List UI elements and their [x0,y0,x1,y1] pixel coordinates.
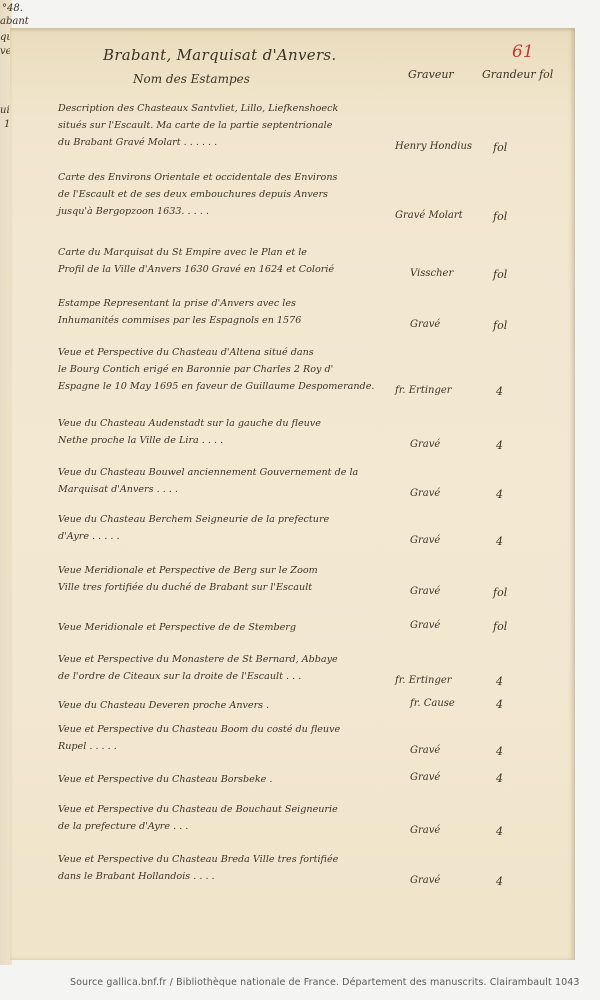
entry-graveur: Gravé [410,535,440,546]
entry-grandeur: fol [493,620,507,633]
entry-description-line: Veue et Perspective du Chasteau Borsbeke… [58,772,272,788]
entry-graveur: Henry Hondius [395,141,472,152]
entry-description-line: Description des Chasteaux Santvliet, Lil… [58,101,338,117]
entry-grandeur: 4 [496,535,503,548]
entry-grandeur: 4 [496,439,503,452]
page-title: Brabant, Marquisat d'Anvers. [103,46,336,64]
entry-graveur: fr. Ertinger [395,385,452,396]
entry-grandeur: 4 [496,488,503,501]
source-caption: Source gallica.bnf.fr / Bibliothèque nat… [70,977,580,988]
entry-graveur: Gravé [410,620,440,631]
entry-graveur: Gravé [410,875,440,886]
entry-grandeur: fol [493,141,507,154]
entry-graveur: Gravé [410,745,440,756]
entry-description-line: Espagne le 10 May 1695 en faveur de Guil… [58,379,374,395]
margin-note: abant [0,15,29,28]
entry-description-line: jusqu'à Bergopzoon 1633. . . . . [58,204,209,220]
entry-description-line: Veue Meridionale et Perspective de de St… [58,620,296,636]
entry-description-line: le Bourg Contich erigé en Baronnie par C… [58,362,333,378]
entry-grandeur: 4 [496,745,503,758]
entry-description-line: Veue et Perspective du Chasteau Breda Vi… [58,852,338,868]
entry-grandeur: 4 [496,385,503,398]
entry-grandeur: 4 [496,825,503,838]
entry-grandeur: 4 [496,772,503,785]
entry-description-line: Veue Meridionale et Perspective de Berg … [58,563,318,579]
entry-graveur: Gravé [410,825,440,836]
entry-grandeur: 4 [496,698,503,711]
entry-graveur: fr. Cause [410,698,455,709]
column-header-grandeur: Grandeur fol [482,68,553,81]
entry-grandeur: fol [493,210,507,223]
entry-grandeur: fol [493,586,507,599]
folio-number: 61 [512,42,534,62]
entry-description-line: situés sur l'Escault. Ma carte de la par… [58,118,332,134]
entry-graveur: Gravé [410,586,440,597]
entry-graveur: Gravé [410,488,440,499]
entry-description-line: de la prefecture d'Ayre . . . [58,819,188,835]
column-header-name: Nom des Estampes [133,72,250,86]
entry-description-line: Rupel . . . . . [58,739,117,755]
entry-description-line: de l'Escault et de ses deux embouchures … [58,187,328,203]
entry-graveur: Visscher [410,268,453,279]
entry-description-line: de l'ordre de Citeaux sur la droite de l… [58,669,301,685]
entry-description-line: Veue du Chasteau Bouwel anciennement Gou… [58,465,358,481]
entry-graveur: Gravé [410,439,440,450]
entry-description-line: Carte des Environs Orientale et occident… [58,170,337,186]
entry-grandeur: 4 [496,675,503,688]
entry-description-line: Veue et Perspective du Monastere de St B… [58,652,338,668]
entry-graveur: Gravé [410,319,440,330]
entry-description-line: Veue et Perspective du Chasteau d'Altena… [58,345,314,361]
entry-description-line: Estampe Representant la prise d'Anvers a… [58,296,296,312]
entry-description-line: Veue du Chasteau Deveren proche Anvers . [58,698,269,714]
entry-description-line: du Brabant Gravé Molart . . . . . . [58,135,217,151]
entry-description-line: Inhumanités commises par les Espagnols e… [58,313,301,329]
entry-description-line: Veue et Perspective du Chasteau Boom du … [58,722,340,738]
entry-description-line: dans le Brabant Hollandois . . . . [58,869,215,885]
entry-graveur: Gravé [410,772,440,783]
entry-description-line: d'Ayre . . . . . [58,529,120,545]
entry-grandeur: fol [493,319,507,332]
entry-description-line: Carte du Marquisat du St Empire avec le … [58,245,307,261]
entry-grandeur: 4 [496,875,503,888]
entry-description-line: Veue du Chasteau Audenstadt sur la gauch… [58,416,321,432]
entry-description-line: Ville tres fortifiée du duché de Brabant… [58,580,312,596]
entry-graveur: Gravé Molart [395,210,463,221]
entry-description-line: Profil de la Ville d'Anvers 1630 Gravé e… [58,262,334,278]
entry-description-line: Veue et Perspective du Chasteau de Bouch… [58,802,338,818]
entry-grandeur: fol [493,268,507,281]
entry-description-line: Veue du Chasteau Berchem Seigneurie de l… [58,512,329,528]
column-header-graveur: Graveur [408,68,454,81]
entry-description-line: Nethe proche la Ville de Lira . . . . [58,433,223,449]
entry-description-line: Marquisat d'Anvers . . . . [58,482,178,498]
margin-note: °48. [2,2,23,15]
entry-graveur: fr. Ertinger [395,675,452,686]
